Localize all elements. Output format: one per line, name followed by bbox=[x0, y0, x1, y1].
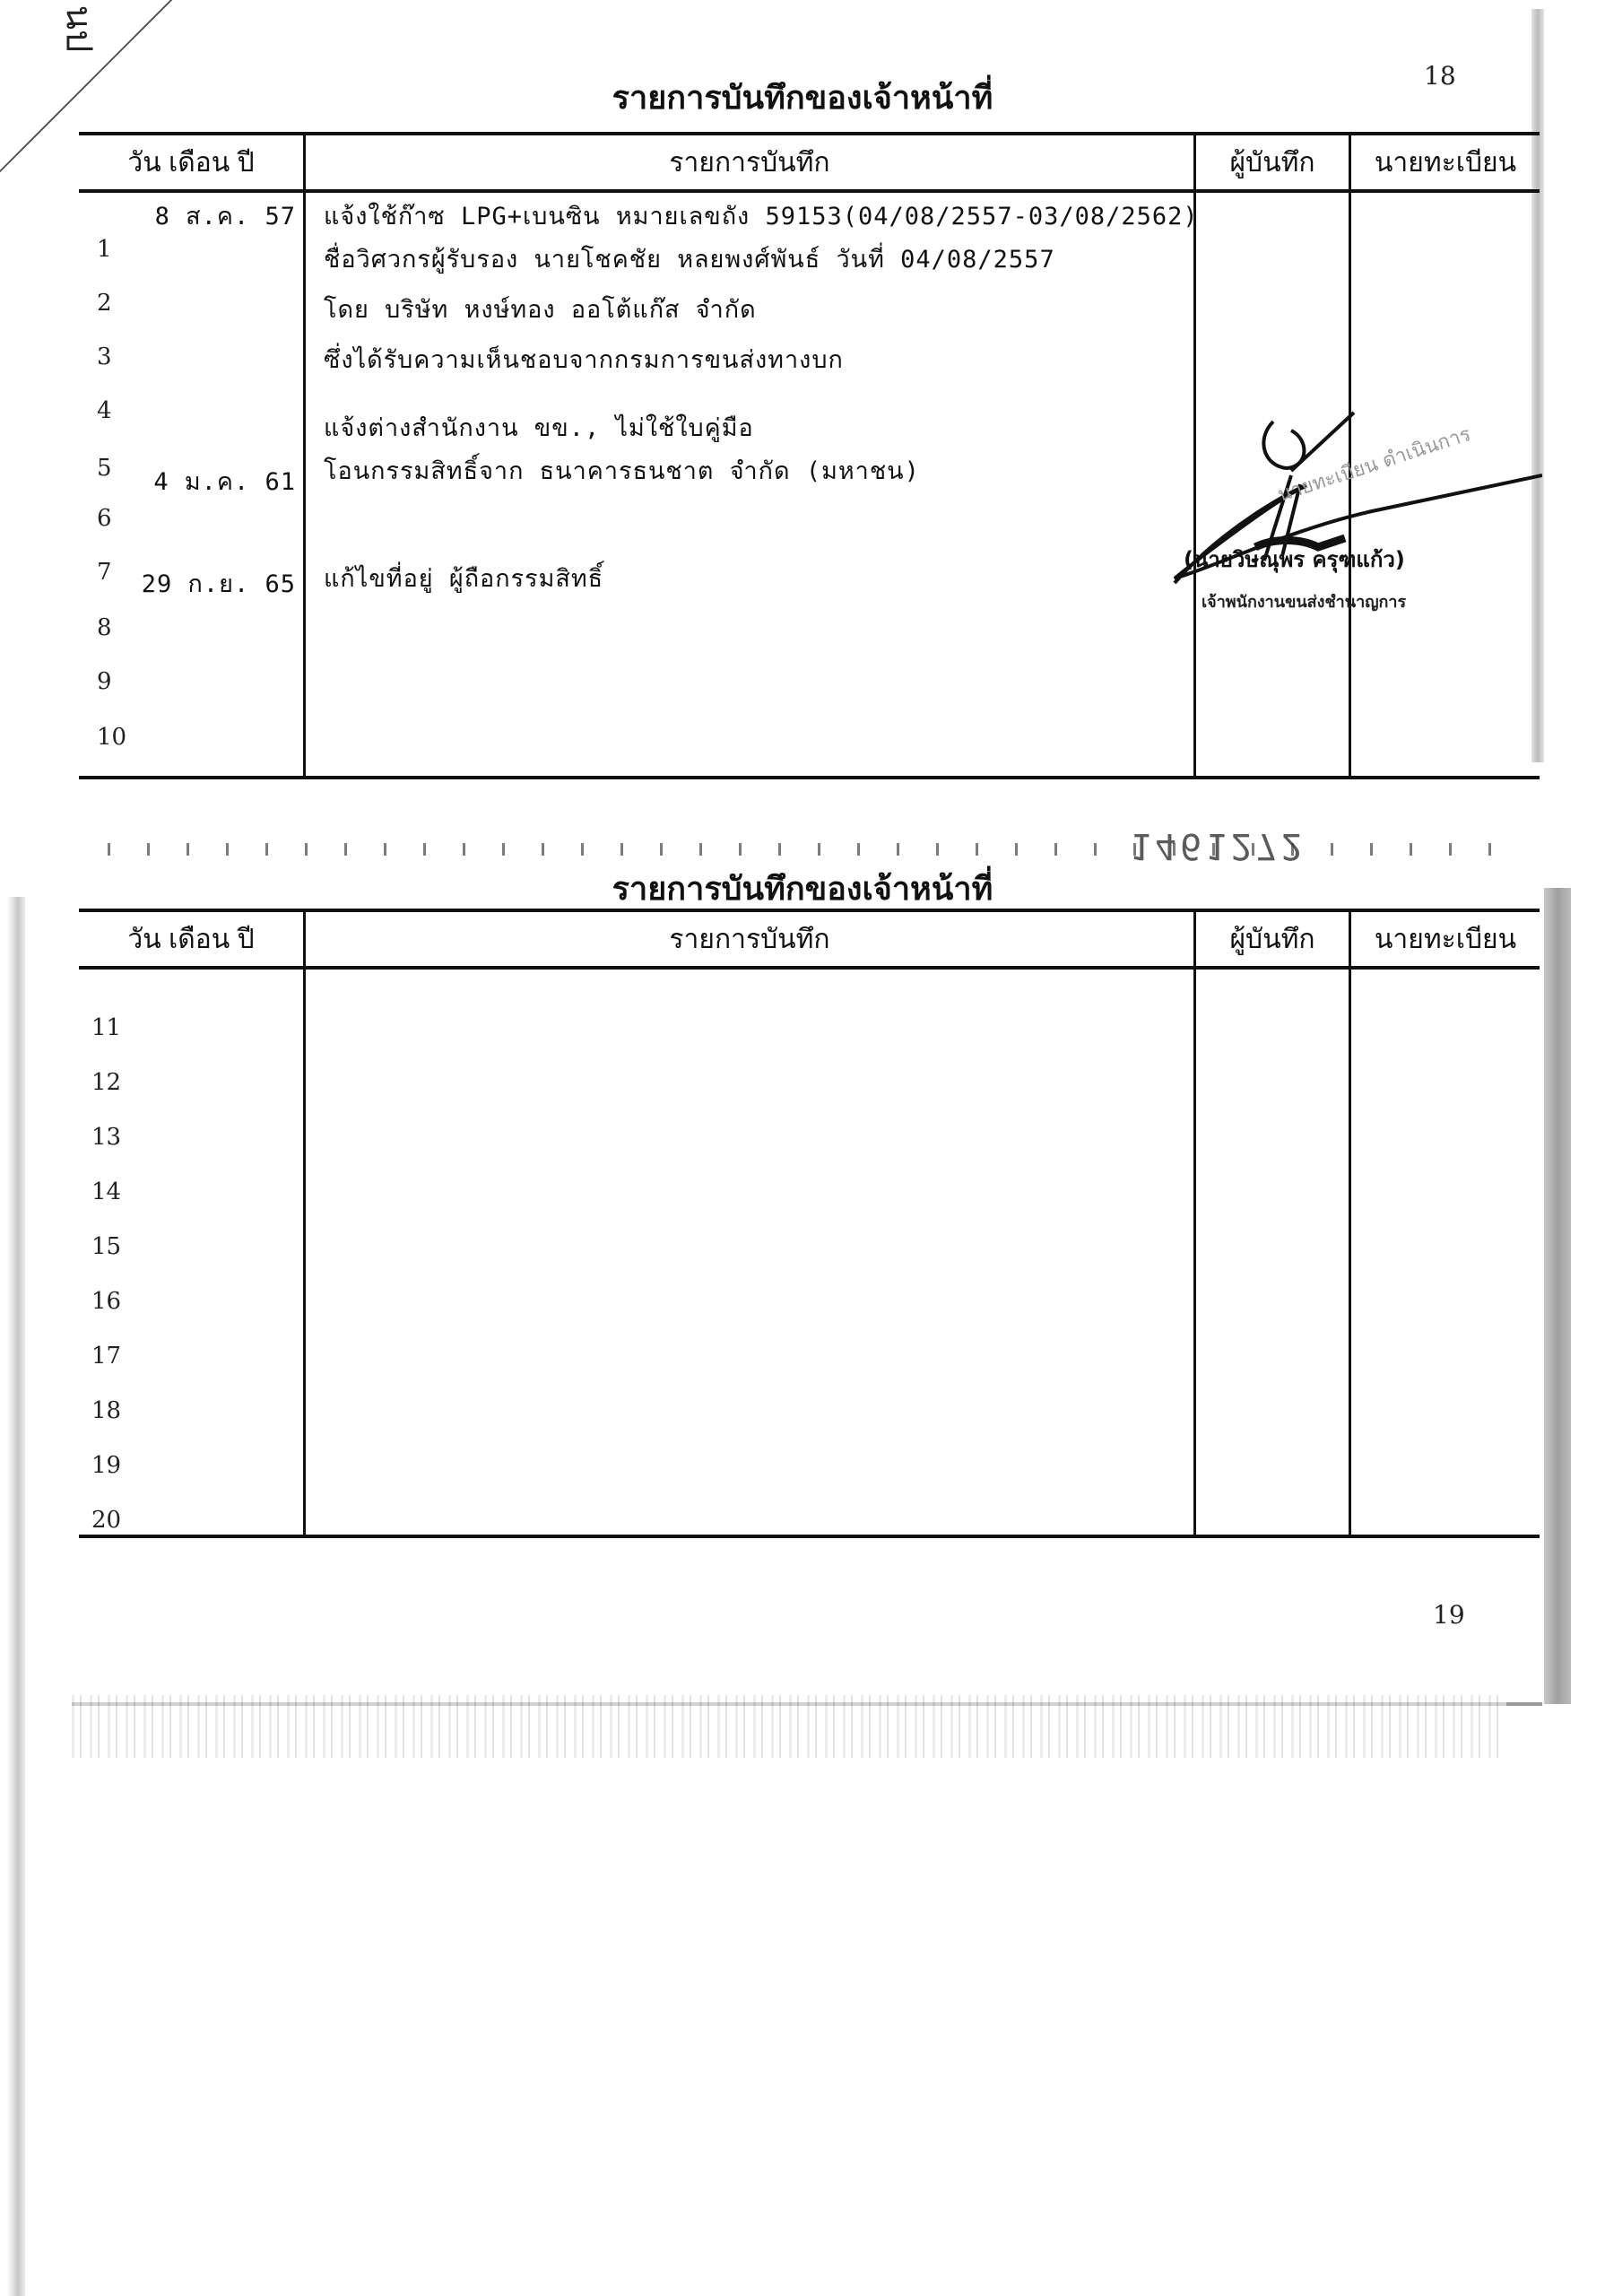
line-number: 5 bbox=[97, 455, 112, 482]
line-number: 2 bbox=[97, 290, 112, 317]
line-number: 8 bbox=[97, 614, 112, 641]
line-number: 20 bbox=[91, 1507, 121, 1534]
entry-column bbox=[306, 970, 1193, 1535]
header-recorder: ผู้บันทึก bbox=[1195, 134, 1350, 191]
date-column: 11121314151617181920 bbox=[79, 970, 303, 1535]
entry-line: ชื่อวิศวกรผู้รับรอง นายโชคชัย หลยพงศ์พัน… bbox=[324, 239, 1055, 278]
header-registrar: นายทะเบียน bbox=[1350, 134, 1540, 191]
section-title-top: รายการบันทึกของเจ้าหน้าที่ bbox=[0, 72, 1605, 123]
line-number: 11 bbox=[91, 1014, 121, 1041]
line-number: 3 bbox=[97, 344, 112, 370]
line-number: 10 bbox=[97, 724, 126, 751]
header-recorder: ผู้บันทึก bbox=[1195, 910, 1350, 968]
record-table-2: วัน เดือน ปี รายการบันทึก ผู้บันทึก นายท… bbox=[79, 909, 1540, 1538]
scan-edge-left bbox=[7, 897, 25, 2296]
date-column: 123456789108 ส.ค. 574 ม.ค. 6129 ก.ย. 65 bbox=[79, 193, 303, 776]
line-number: 7 bbox=[97, 559, 112, 586]
line-number: 13 bbox=[91, 1124, 121, 1151]
entry-column: แจ้งใช้ก๊าซ LPG+เบนซิน หมายเลขถัง 59153(… bbox=[306, 193, 1193, 776]
recorder-column bbox=[1196, 970, 1349, 1535]
entry-line: แจ้งใช้ก๊าซ LPG+เบนซิน หมายเลขถัง 59153(… bbox=[324, 196, 1199, 235]
entry-date: 4 ม.ค. 61 bbox=[153, 462, 296, 500]
header-date: วัน เดือน ปี bbox=[79, 134, 305, 191]
entry-line: แก้ไขที่อยู่ ผู้ถือกรรมสิทธิ์ bbox=[324, 559, 603, 597]
line-number: 6 bbox=[97, 505, 112, 532]
entry-line: โอนกรรมสิทธิ์จาก ธนาคารธนชาต จำกัด (มหาช… bbox=[324, 451, 920, 490]
line-number: 14 bbox=[91, 1178, 121, 1205]
line-number: 16 bbox=[91, 1288, 121, 1315]
header-entry: รายการบันทึก bbox=[305, 134, 1195, 191]
signer-title: เจ้าพนักงานขนส่งชำนาญการ bbox=[1202, 588, 1406, 614]
line-number: 17 bbox=[91, 1343, 121, 1370]
record-table-1: วัน เดือน ปี รายการบันทึก ผู้บันทึก นายท… bbox=[79, 132, 1540, 779]
signer-name: (นายวิษณุพร ครุฑแก้ว) bbox=[1184, 542, 1405, 577]
entry-line: ซึ่งได้รับความเห็นชอบจากกรมการขนส่งทางบก bbox=[324, 340, 844, 378]
serial-number-bleedthrough: 1461272 bbox=[1130, 825, 1306, 866]
header-date: วัน เดือน ปี bbox=[79, 910, 305, 968]
corner-mark: นป bbox=[50, 5, 108, 53]
line-number: 12 bbox=[91, 1069, 121, 1096]
entry-line: โดย บริษัท หงษ์ทอง ออโต้แก๊ส จำกัด bbox=[324, 290, 757, 328]
page-number-bottom: 19 bbox=[1433, 1600, 1465, 1630]
line-number: 4 bbox=[97, 397, 112, 424]
line-number: 18 bbox=[91, 1397, 121, 1424]
line-number: 9 bbox=[97, 668, 112, 695]
entry-date: 29 ก.ย. 65 bbox=[142, 564, 296, 603]
scan-noise bbox=[72, 1695, 1506, 1758]
line-number: 15 bbox=[91, 1233, 121, 1260]
entry-date: 8 ส.ค. 57 bbox=[155, 196, 296, 235]
header-registrar: นายทะเบียน bbox=[1350, 910, 1540, 968]
scan-edge-right-bottom bbox=[1544, 888, 1571, 1704]
line-number: 19 bbox=[91, 1452, 121, 1479]
registrar-column bbox=[1351, 970, 1540, 1535]
line-number: 1 bbox=[97, 236, 112, 263]
section-title-bottom: รายการบันทึกของเจ้าหน้าที่ bbox=[0, 863, 1605, 914]
entry-line: แจ้งต่างสำนักงาน ขข., ไม่ใช้ใบคู่มือ bbox=[324, 408, 754, 447]
registrar-column bbox=[1351, 193, 1540, 776]
header-entry: รายการบันทึก bbox=[305, 910, 1195, 968]
